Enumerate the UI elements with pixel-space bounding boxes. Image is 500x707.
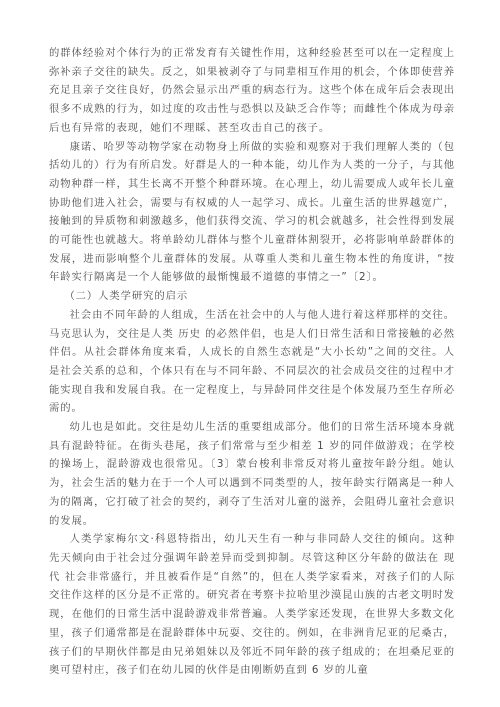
paragraph-group-experience: 的群体经验对个体行为的正常发育有关键性作用，这种经验甚至可以在一定程度上弥补亲子… bbox=[49, 44, 455, 138]
paragraph-anthropologist-konner: 人类学家梅尔文·科恩特指出，幼儿天生有一种与非同龄人交往的倾向。这种先天倾向由于… bbox=[49, 530, 455, 680]
paragraph-social-interaction: 社会由不同年龄的人组成，生活在社会中的人与他人进行着这样那样的交往。马克思认为，… bbox=[49, 306, 455, 418]
paragraph-children-mixed-age: 幼儿也是如此。交往是幼儿生活的重要组成部分。他们的日常生活环境本身就具有混龄特征… bbox=[49, 418, 455, 530]
document-page: 的群体经验对个体行为的正常发育有关键性作用，这种经验甚至可以在一定程度上弥补亲子… bbox=[49, 44, 455, 680]
section-heading-anthropology: （二）人类学研究的启示 bbox=[49, 287, 455, 306]
paragraph-animal-studies: 康诺、哈罗等动物学家在动物身上所做的实验和观察对于我们理解人类的（包括幼儿的）行… bbox=[49, 138, 455, 288]
